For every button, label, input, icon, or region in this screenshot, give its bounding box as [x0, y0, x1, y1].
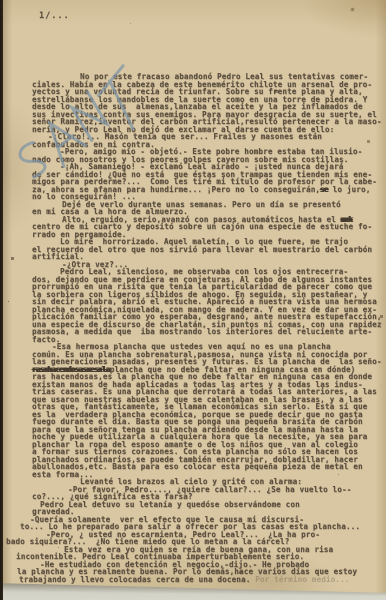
- paper-specks: [0, 0, 1, 1]
- typed-line: pasmosa, a medida que iba mostrando los …: [32, 328, 378, 336]
- typed-text-segment: Pedro Leal detuvo su letanía y quedóse o…: [40, 500, 300, 509]
- handwritten-annotation-sant: [13, 40, 188, 215]
- page-number: 1/...: [39, 11, 70, 21]
- pencil-strokes: [14, 64, 159, 198]
- typed-text-segment: lo juro,: [328, 185, 371, 194]
- typed-text-segment: trabajando y llevo colocadas cerca de un…: [19, 575, 255, 584]
- overstruck-text: se: [320, 185, 328, 194]
- typed-line: Pedro Leal detuvo su letanía y quedóse o…: [40, 501, 378, 509]
- letter-a-crossbar: [58, 136, 72, 148]
- typed-line: trabajando y llevo colocadas cerca de un…: [19, 576, 378, 584]
- manuscript-paper: 1/... No por este fracaso abandonó Pedro…: [3, 0, 386, 600]
- typed-text-segment: pasmosa, a medida que iba mostrando los …: [32, 327, 372, 336]
- letter-n-stroke: [66, 92, 113, 141]
- faded-text: Por término medio...: [255, 575, 349, 584]
- letter-s-stroke: [15, 140, 52, 178]
